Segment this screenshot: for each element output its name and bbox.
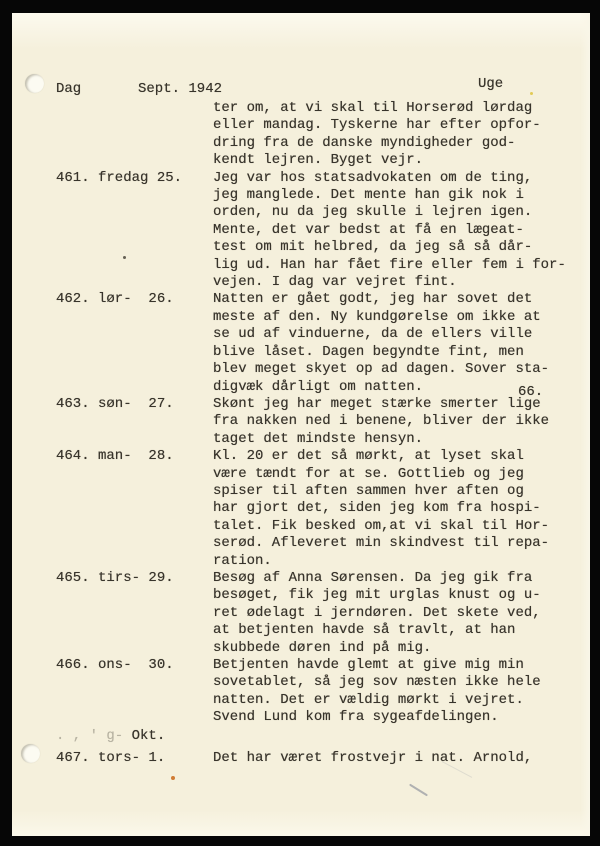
month-divider-row: . , ' g- Okt. bbox=[56, 728, 586, 745]
entry-text: Kl. 20 er det så mørkt, at lyset skal væ… bbox=[213, 448, 549, 570]
yellow-speck bbox=[530, 92, 533, 95]
paper-top-edge bbox=[12, 13, 590, 49]
entry-text: Besøg af Anna Sørensen. Da jeg gik fra b… bbox=[213, 570, 541, 657]
entry-label: . , ' g- Okt. bbox=[56, 728, 213, 745]
diary-entry: 465. tirs- 29.Besøg af Anna Sørensen. Da… bbox=[56, 570, 586, 657]
header-month-year: Sept. 1942 bbox=[138, 81, 222, 97]
pencil-mark bbox=[409, 784, 428, 797]
month-label: Okt. bbox=[132, 728, 166, 744]
diary-entries: ter om, at vi skal til Horserød lørdag e… bbox=[56, 100, 586, 767]
paper: Dag Sept. 1942 Uge ter om, at vi skal ti… bbox=[12, 13, 590, 836]
header-week-label: Uge bbox=[478, 76, 503, 92]
entry-label: 466. ons- 30. bbox=[56, 657, 213, 727]
entry-label: 461. fredag 25. bbox=[56, 170, 213, 292]
diary-entry: 462. lør- 26.Natten er gået godt, jeg ha… bbox=[56, 291, 586, 395]
entry-text: Betjenten havde glemt at give mig min so… bbox=[213, 657, 541, 727]
entry-label: 467. tors- 1. bbox=[56, 750, 213, 767]
entry-text: ter om, at vi skal til Horserød lørdag e… bbox=[213, 100, 541, 170]
ink-speck bbox=[123, 256, 126, 259]
diary-entry: 464. man- 28.Kl. 20 er det så mørkt, at … bbox=[56, 448, 586, 570]
entry-label: 463. søn- 27. bbox=[56, 396, 213, 448]
entry-label: 465. tirs- 29. bbox=[56, 570, 213, 657]
scan-background: Dag Sept. 1942 Uge ter om, at vi skal ti… bbox=[0, 0, 600, 846]
diary-entry: ter om, at vi skal til Horserød lørdag e… bbox=[56, 100, 586, 170]
diary-entry: 463. søn- 27.Skønt jeg har meget stærke … bbox=[56, 396, 586, 448]
faded-erased-text: . , ' g- bbox=[56, 728, 132, 744]
entry-label: 462. lør- 26. bbox=[56, 291, 213, 395]
orange-speck bbox=[171, 776, 175, 780]
sheet-number: 66. bbox=[518, 384, 543, 400]
entry-text: Skønt jeg har meget stærke smerter lige … bbox=[213, 396, 549, 448]
header-day-label: Dag bbox=[56, 81, 81, 97]
entry-text: Det har været frostvejr i nat. Arnold, bbox=[213, 750, 532, 767]
paper-bottom-edge bbox=[12, 810, 590, 836]
entry-label: 464. man- 28. bbox=[56, 448, 213, 570]
punch-hole-bottom bbox=[21, 744, 40, 763]
diary-entry: 466. ons- 30.Betjenten havde glemt at gi… bbox=[56, 657, 586, 727]
diary-entry: 467. tors- 1.Det har været frostvejr i n… bbox=[56, 750, 586, 767]
entry-text: Natten er gået godt, jeg har sovet det m… bbox=[213, 291, 549, 395]
entry-text: Jeg var hos statsadvokaten om de ting, j… bbox=[213, 170, 566, 292]
entry-label bbox=[56, 100, 213, 170]
punch-hole-top bbox=[25, 74, 44, 93]
diary-entry: 461. fredag 25.Jeg var hos statsadvokate… bbox=[56, 170, 586, 292]
